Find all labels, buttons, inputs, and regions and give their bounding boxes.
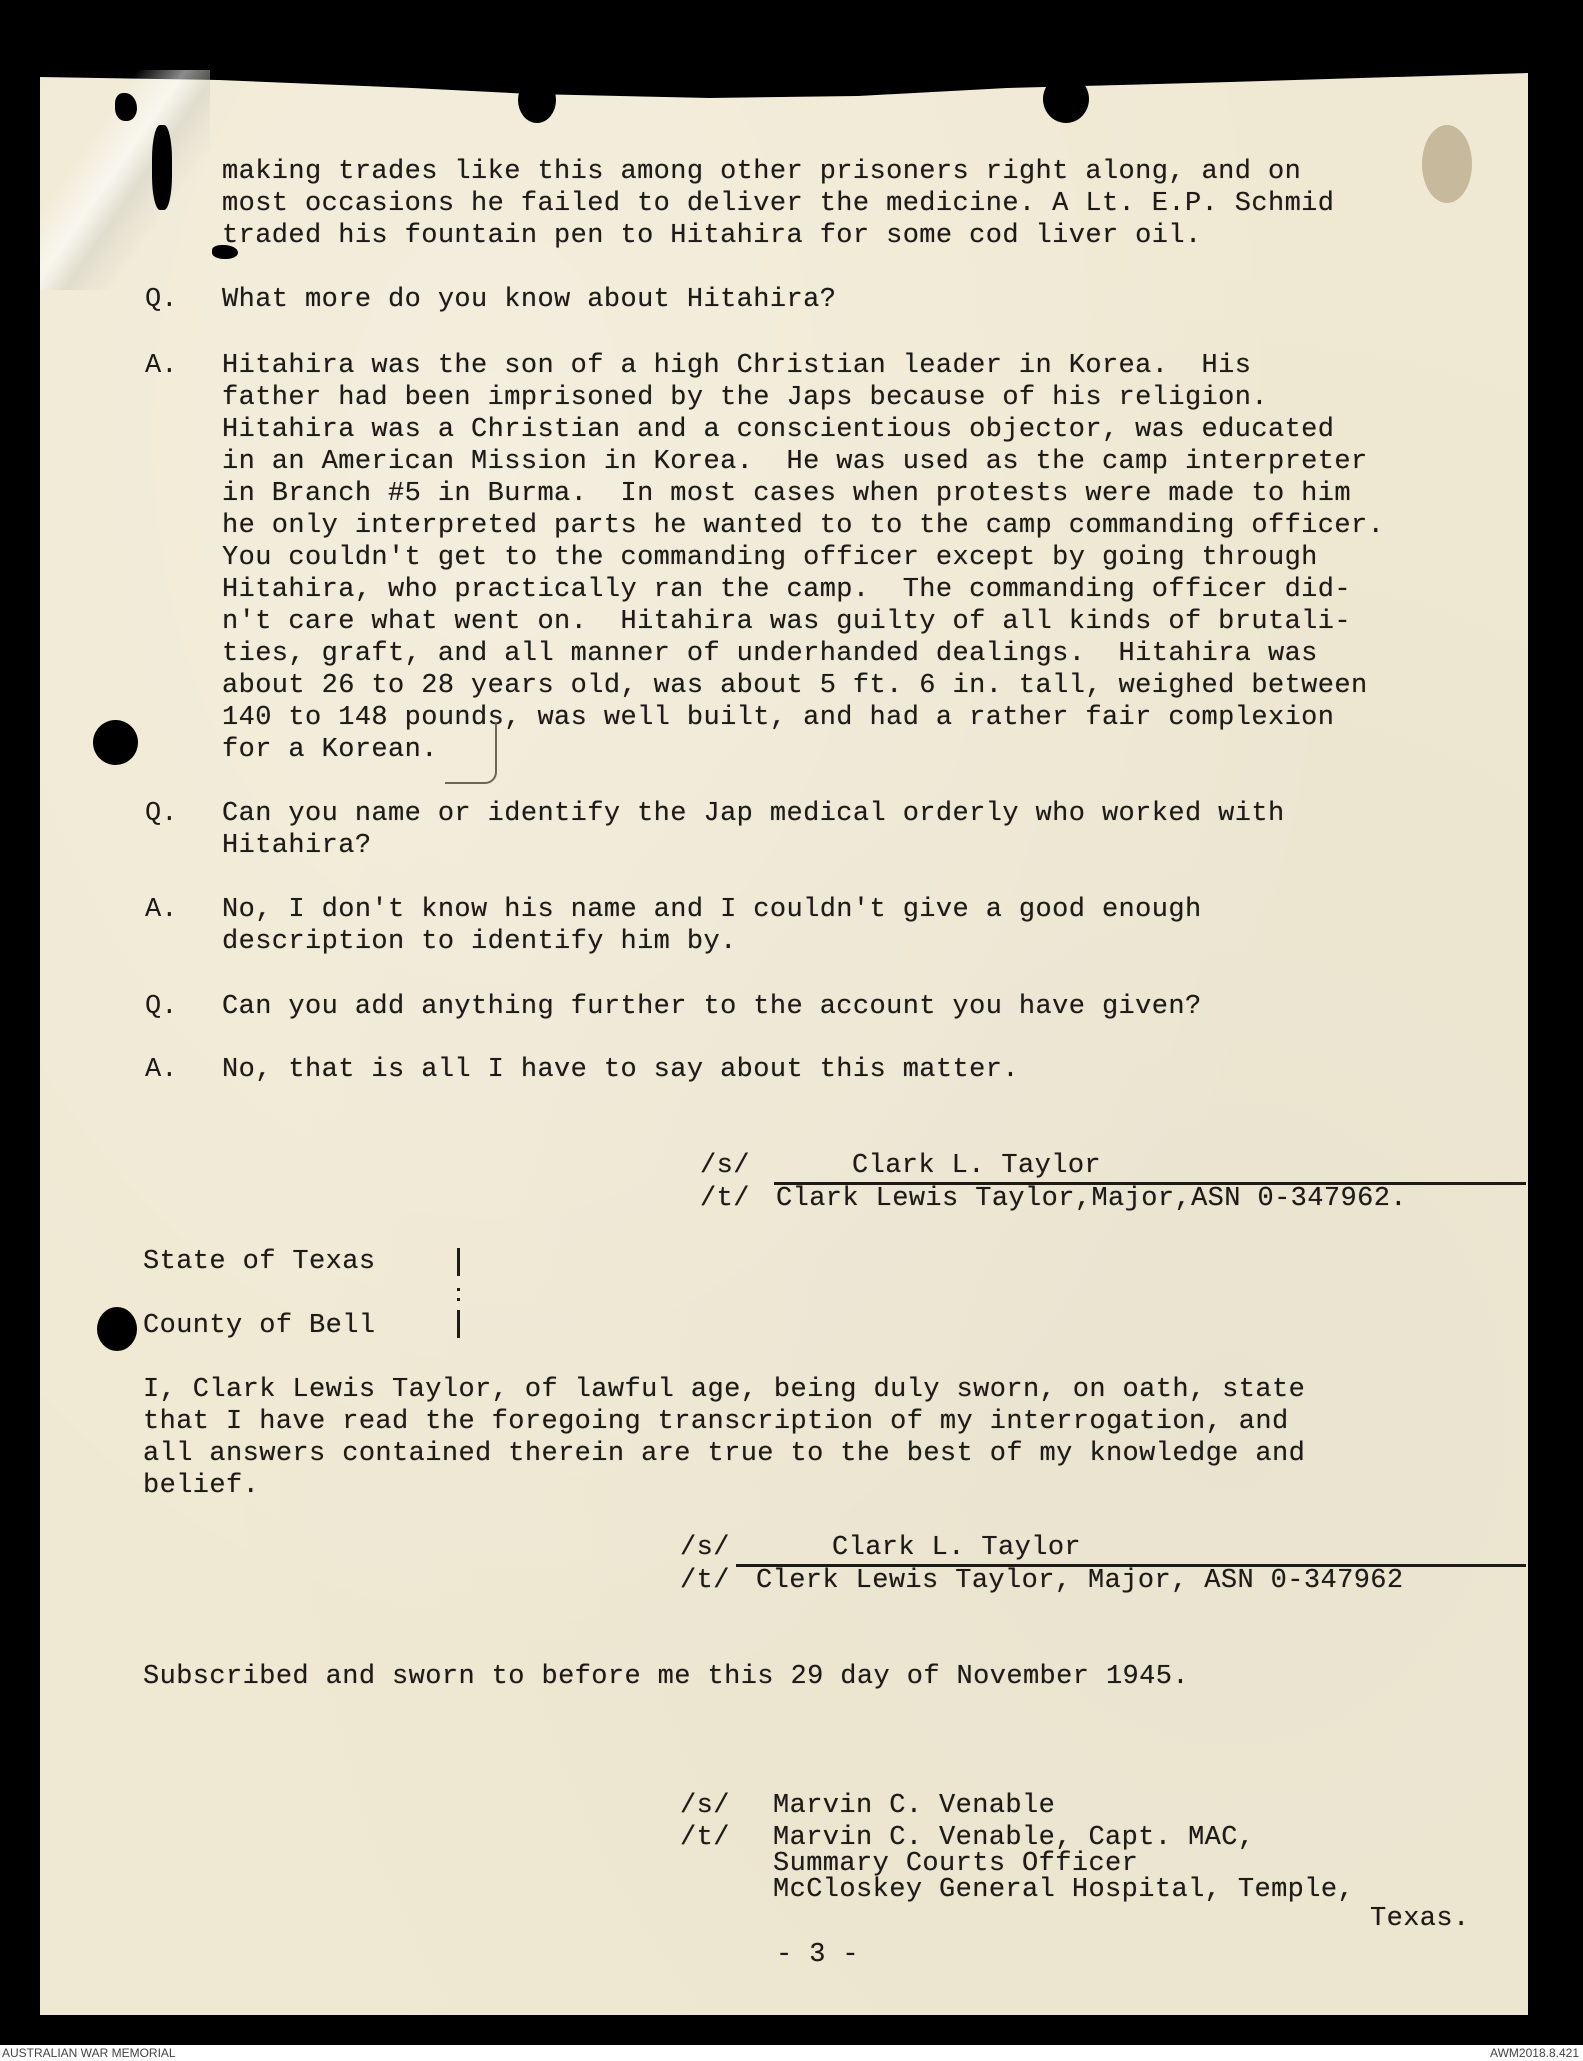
punch-hole	[93, 720, 138, 765]
answer-text: about 26 to 28 years old, was about 5 ft…	[222, 670, 1368, 702]
venue-bracket-dots	[457, 1288, 460, 1291]
venue-state: State of Texas	[143, 1246, 375, 1278]
venue-bracket-dots	[457, 1298, 460, 1301]
question-text: What more do you know about Hitahira?	[222, 284, 836, 316]
oath-text: I, Clark Lewis Taylor, of lawful age, be…	[143, 1374, 1305, 1406]
oath-text: that I have read the foregoing transcrip…	[143, 1406, 1289, 1438]
page-number: - 3 -	[776, 1939, 859, 1971]
answer-label: A.	[145, 1054, 177, 1086]
text-line: traded his fountain pen to Hitahira for …	[222, 220, 1202, 252]
pencil-mark	[445, 722, 497, 784]
oath-text: all answers contained therein are true t…	[143, 1438, 1305, 1470]
officer-t-line: Texas.	[1370, 1903, 1470, 1935]
answer-text: No, that is all I have to say about this…	[222, 1054, 1019, 1086]
answer-text: description to identify him by.	[222, 926, 737, 958]
question-text: Hitahira?	[222, 830, 371, 862]
answer-label: A.	[145, 350, 177, 382]
signature-t-name: Clerk Lewis Taylor, Major, ASN 0-347962	[756, 1565, 1404, 1597]
answer-text: No, I don't know his name and I couldn't…	[222, 894, 1202, 926]
signature-s-name: Clark L. Taylor	[852, 1150, 1101, 1182]
officer-s-name: Marvin C. Venable	[773, 1790, 1055, 1822]
answer-text: You couldn't get to the commanding offic…	[222, 542, 1318, 574]
signature-t-label: /t/	[680, 1565, 730, 1597]
punch-hole	[97, 1307, 137, 1351]
question-label: Q.	[145, 798, 177, 830]
signature-s-label: /s/	[680, 1532, 730, 1564]
answer-text: 140 to 148 pounds, was well built, and h…	[222, 702, 1334, 734]
answer-text: in Branch #5 in Burma. In most cases whe…	[222, 478, 1351, 510]
question-text: Can you add anything further to the acco…	[222, 991, 1202, 1023]
signature-t-name: Clark Lewis Taylor,Major,ASN 0-347962.	[776, 1183, 1407, 1215]
signature-s-name: Clark L. Taylor	[832, 1532, 1081, 1564]
text-line: making trades like this among other pris…	[222, 156, 1301, 188]
answer-text: he only interpreted parts he wanted to t…	[222, 510, 1384, 542]
text-line: most occasions he failed to deliver the …	[222, 188, 1334, 220]
venue-county: County of Bell	[143, 1310, 375, 1342]
answer-text: Hitahira, who practically ran the camp. …	[222, 574, 1351, 606]
question-label: Q.	[145, 991, 177, 1023]
answer-text: for a Korean.	[222, 734, 438, 766]
signature-s-label: /s/	[700, 1150, 750, 1182]
officer-t-label: /t/	[680, 1822, 730, 1854]
archive-footer: AUSTRALIAN WAR MEMORIAL AWM2018.8.421	[0, 2045, 1583, 2061]
stain	[1422, 125, 1472, 203]
tear-slit	[152, 125, 172, 210]
answer-text: in an American Mission in Korea. He was …	[222, 446, 1368, 478]
tear-hole	[115, 93, 137, 121]
answer-text: Hitahira was a Christian and a conscient…	[222, 414, 1334, 446]
question-text: Can you name or identify the Jap medical…	[222, 798, 1285, 830]
punch-hole	[1043, 75, 1089, 123]
footer-accession-number: AWM2018.8.421	[1490, 2046, 1579, 2060]
answer-label: A.	[145, 894, 177, 926]
punch-hole	[518, 77, 556, 123]
venue-bracket	[457, 1248, 460, 1276]
answer-text: n't care what went on. Hitahira was guil…	[222, 606, 1351, 638]
question-label: Q.	[145, 284, 177, 316]
document-page	[40, 40, 1528, 2015]
answer-text: father had been imprisoned by the Japs b…	[222, 382, 1268, 414]
answer-text: Hitahira was the son of a high Christian…	[222, 350, 1251, 382]
footer-institution: AUSTRALIAN WAR MEMORIAL	[2, 2046, 176, 2060]
oath-text: belief.	[143, 1470, 259, 1502]
signature-t-label: /t/	[700, 1183, 750, 1215]
answer-text: ties, graft, and all manner of underhand…	[222, 638, 1318, 670]
officer-t-line: McCloskey General Hospital, Temple,	[773, 1874, 1354, 1906]
officer-s-label: /s/	[680, 1790, 730, 1822]
venue-bracket	[457, 1310, 460, 1338]
jurat-text: Subscribed and sworn to before me this 2…	[143, 1661, 1189, 1693]
